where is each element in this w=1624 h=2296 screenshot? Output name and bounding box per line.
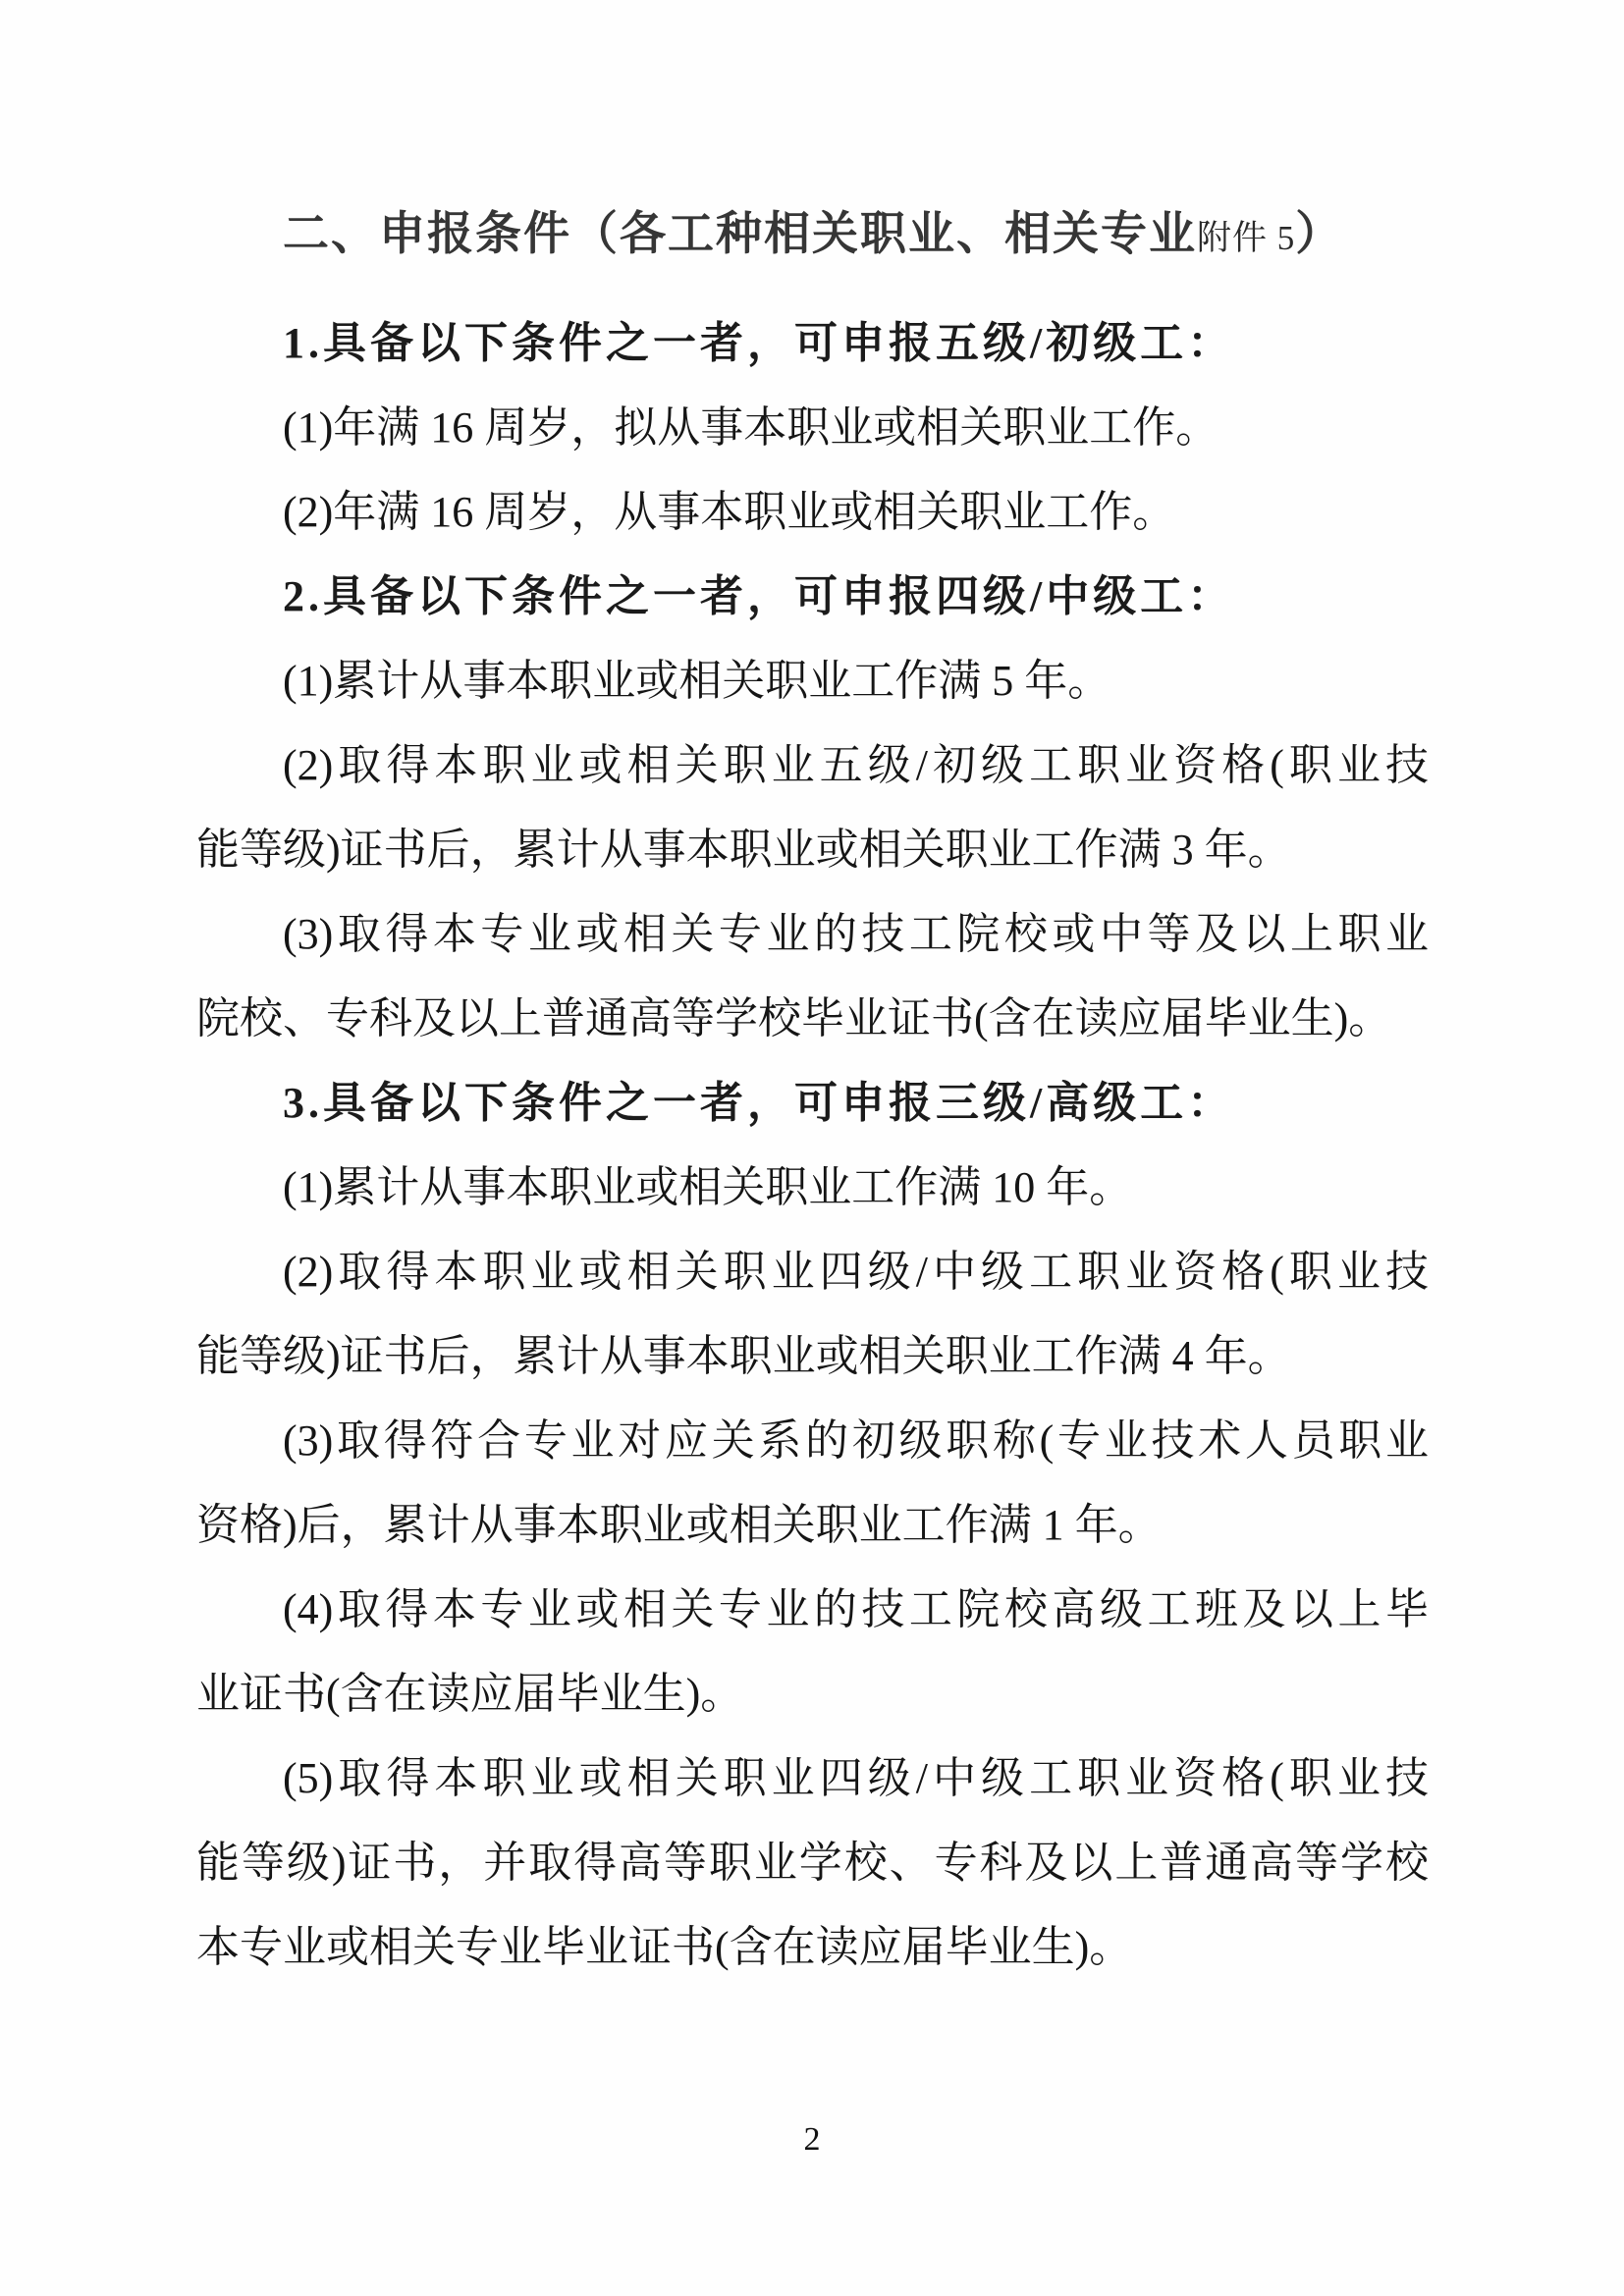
body-text-line: 能等级)证书后，累计从事本职业或相关职业工作满 4 年。 xyxy=(196,1314,1429,1399)
body-text-line: (1)累计从事本职业或相关职业工作满 10 年。 xyxy=(196,1146,1429,1230)
subheading-line: 2.具备以下条件之一者，可申报四级/中级工： xyxy=(196,555,1429,639)
body-text-line: 能等级)证书，并取得高等职业学校、专科及以上普通高等学校 xyxy=(196,1821,1429,1905)
subheading-line: 3.具备以下条件之一者，可申报三级/高级工： xyxy=(196,1061,1429,1146)
body-text-line: (2)取得本职业或相关职业五级/初级工职业资格(职业技 xyxy=(196,723,1429,808)
body-text-line: (5)取得本职业或相关职业四级/中级工职业资格(职业技 xyxy=(196,1736,1429,1821)
body-text-line: (4)取得本专业或相关专业的技工院校高级工班及以上毕 xyxy=(196,1568,1429,1652)
body-text-line: 能等级)证书后，累计从事本职业或相关职业工作满 3 年。 xyxy=(196,808,1429,892)
section-heading-annotation: 附件 5 xyxy=(1197,219,1295,257)
subheading-line: 1.具备以下条件之一者，可申报五级/初级工： xyxy=(196,301,1429,386)
body-text-line: 本专业或相关专业毕业证书(含在读应届毕业生)。 xyxy=(196,1905,1429,1990)
body-text-line: (3)取得本专业或相关专业的技工院校或中等及以上职业 xyxy=(196,892,1429,977)
body-text-line: (1)年满 16 周岁，拟从事本职业或相关职业工作。 xyxy=(196,386,1429,470)
body-text-line: 资格)后，累计从事本职业或相关职业工作满 1 年。 xyxy=(196,1483,1429,1568)
body-text-line: (1)累计从事本职业或相关职业工作满 5 年。 xyxy=(196,639,1429,723)
document-body: 1.具备以下条件之一者，可申报五级/初级工：(1)年满 16 周岁，拟从事本职业… xyxy=(196,301,1429,1990)
body-text-line: 业证书(含在读应届毕业生)。 xyxy=(196,1652,1429,1736)
section-heading-close: ） xyxy=(1295,207,1343,259)
section-heading-main: 二、申报条件（各工种相关职业、相关专业 xyxy=(283,207,1197,259)
document-page: 二、申报条件（各工种相关职业、相关专业附件 5） 1.具备以下条件之一者，可申报… xyxy=(0,0,1624,2296)
section-heading: 二、申报条件（各工种相关职业、相关专业附件 5） xyxy=(196,202,1429,270)
body-text-line: 院校、专科及以上普通高等学校毕业证书(含在读应届毕业生)。 xyxy=(196,977,1429,1061)
body-text-line: (2)取得本职业或相关职业四级/中级工职业资格(职业技 xyxy=(196,1230,1429,1314)
body-text-line: (2)年满 16 周岁，从事本职业或相关职业工作。 xyxy=(196,470,1429,555)
body-text-line: (3)取得符合专业对应关系的初级职称(专业技术人员职业 xyxy=(196,1399,1429,1483)
page-number: 2 xyxy=(0,2118,1624,2162)
